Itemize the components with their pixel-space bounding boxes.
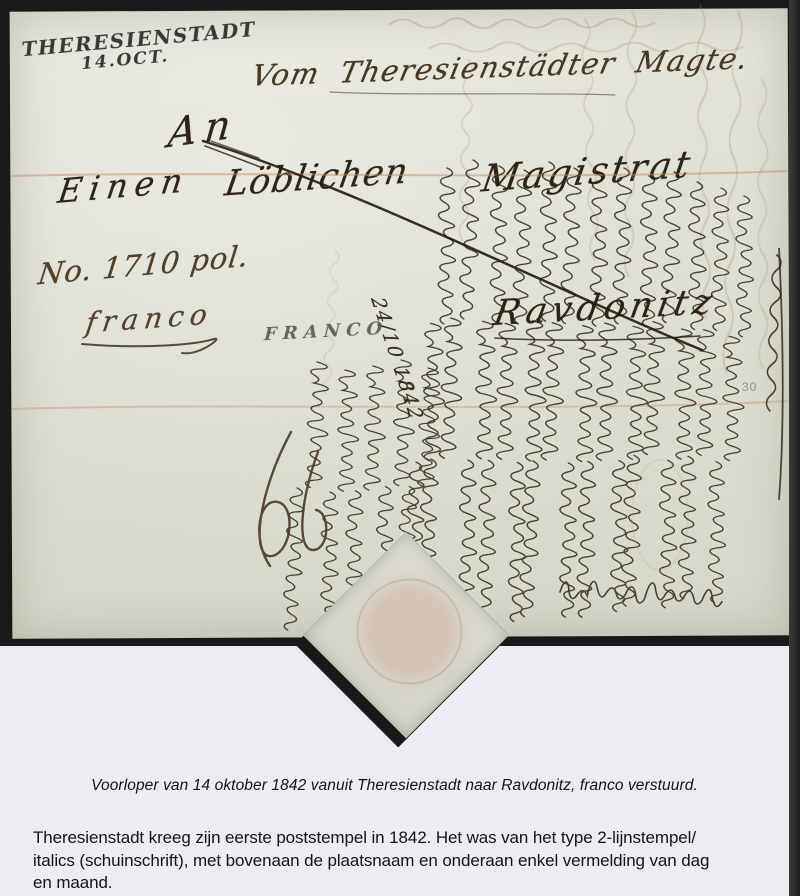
description-line: en maand. — [33, 872, 709, 895]
description-line: Theresienstadt kreeg zijn eerste postste… — [33, 827, 709, 850]
description-line: italics (schuinschrift), met bovenaan de… — [33, 850, 709, 873]
philatelic-album-page: THERESIENSTADT 14.OCT. Vom Theresienstäd… — [0, 0, 800, 896]
description-paragraph: Theresienstadt kreeg zijn eerste postste… — [33, 827, 709, 895]
caption-italic: Voorloper van 14 oktober 1842 vanuit The… — [0, 777, 789, 795]
pencil-number: 30 — [742, 380, 757, 394]
scan-edge-shadow — [789, 0, 800, 896]
letter-scan: THERESIENSTADT 14.OCT. Vom Theresienstäd… — [0, 0, 800, 646]
